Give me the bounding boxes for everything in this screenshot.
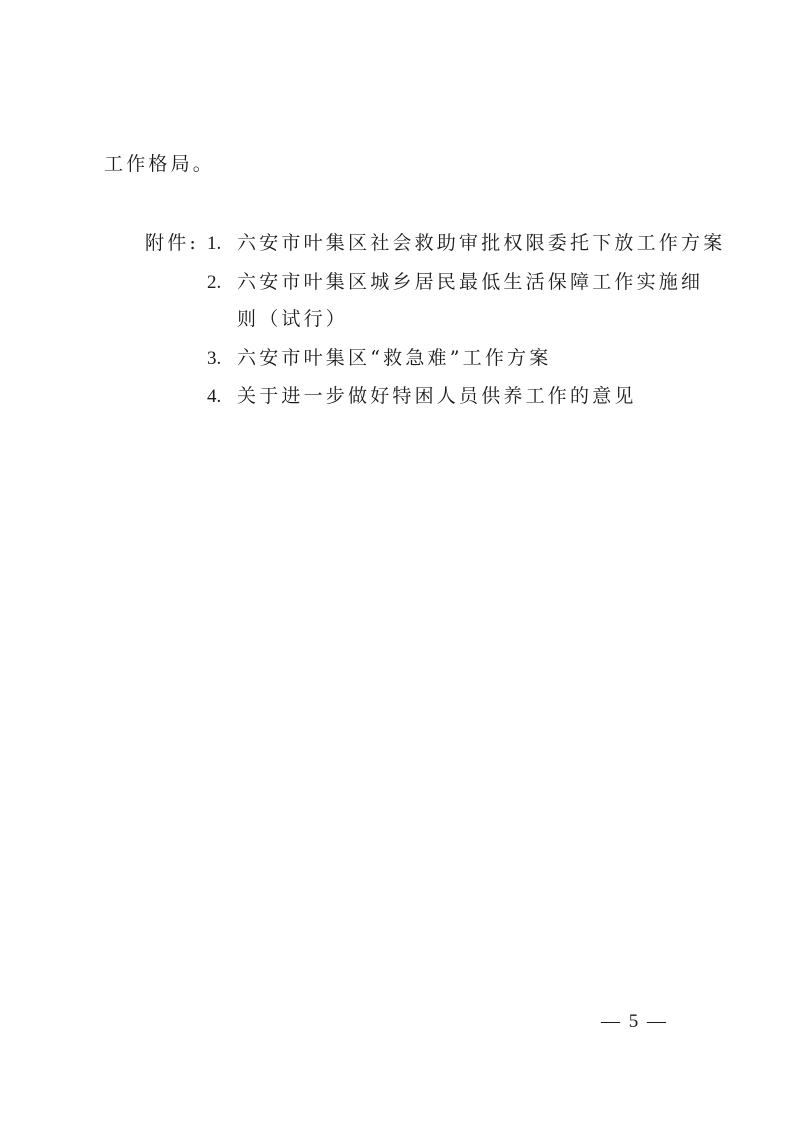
attachment-title: 关于进一步做好特困人员供养工作的意见 [237, 385, 637, 407]
attachment-title: 六安市叶集区城乡居民最低生活保障工作实施细 [237, 271, 703, 293]
attachment-number: 2. [207, 271, 237, 295]
page-number: — 5 — [601, 1011, 668, 1033]
attachment-item-4: 4.关于进一步做好特困人员供养工作的意见 [207, 384, 637, 409]
attachment-title: 六安市叶集区社会救助审批权限委托下放工作方案 [237, 232, 725, 254]
attachment-number: 3. [207, 347, 237, 371]
attachment-item-2-continued: 则（试行） [237, 307, 348, 331]
attachment-number: 4. [207, 385, 237, 409]
attachment-item-1: 附件:1.六安市叶集区社会救助审批权限委托下放工作方案 [145, 231, 725, 256]
attachment-item-2: 2.六安市叶集区城乡居民最低生活保障工作实施细 [207, 270, 703, 295]
attachments-label: 附件: [145, 231, 207, 255]
attachment-title: 六安市叶集区“救急难”工作方案 [237, 347, 551, 369]
attachment-number: 1. [207, 232, 237, 256]
paragraph-ending: 工作格局。 [104, 152, 215, 176]
attachment-item-3: 3.六安市叶集区“救急难”工作方案 [207, 346, 551, 371]
